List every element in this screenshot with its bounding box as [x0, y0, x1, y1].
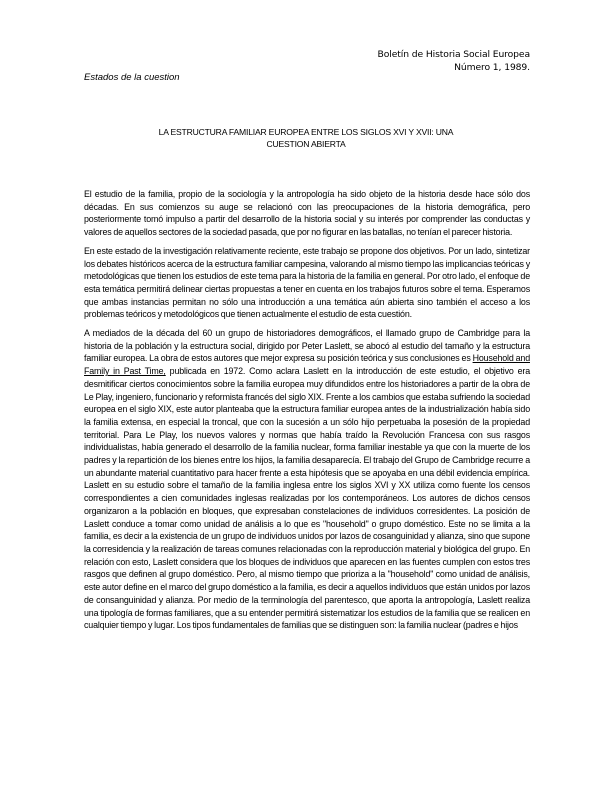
paragraph-3: A mediados de la década del 60 un grupo …: [84, 327, 530, 632]
journal-name: Boletín de Historia Social Europea: [378, 48, 530, 61]
section-label: Estados de la cuestion: [84, 72, 180, 83]
paragraph-3-text-before: A mediados de la década del 60 un grupo …: [84, 328, 530, 363]
article-body: El estudio de la familia, propio de la s…: [84, 188, 530, 638]
paragraph-1: El estudio de la familia, propio de la s…: [84, 188, 530, 239]
title-line-2: CUESTION ABIERTA: [84, 138, 528, 150]
paragraph-2: En este estado de la investigación relat…: [84, 245, 530, 321]
document-page: Boletín de Historia Social Europea Númer…: [0, 0, 612, 792]
journal-issue: Número 1, 1989.: [378, 61, 530, 74]
title-line-1: LA ESTRUCTURA FAMILIAR EUROPEA ENTRE LOS…: [84, 126, 528, 138]
article-title: LA ESTRUCTURA FAMILIAR EUROPEA ENTRE LOS…: [84, 126, 528, 150]
journal-header: Boletín de Historia Social Europea Númer…: [378, 48, 530, 74]
paragraph-3-text-after: publicada en 1972. Como aclara Laslett e…: [84, 366, 530, 630]
